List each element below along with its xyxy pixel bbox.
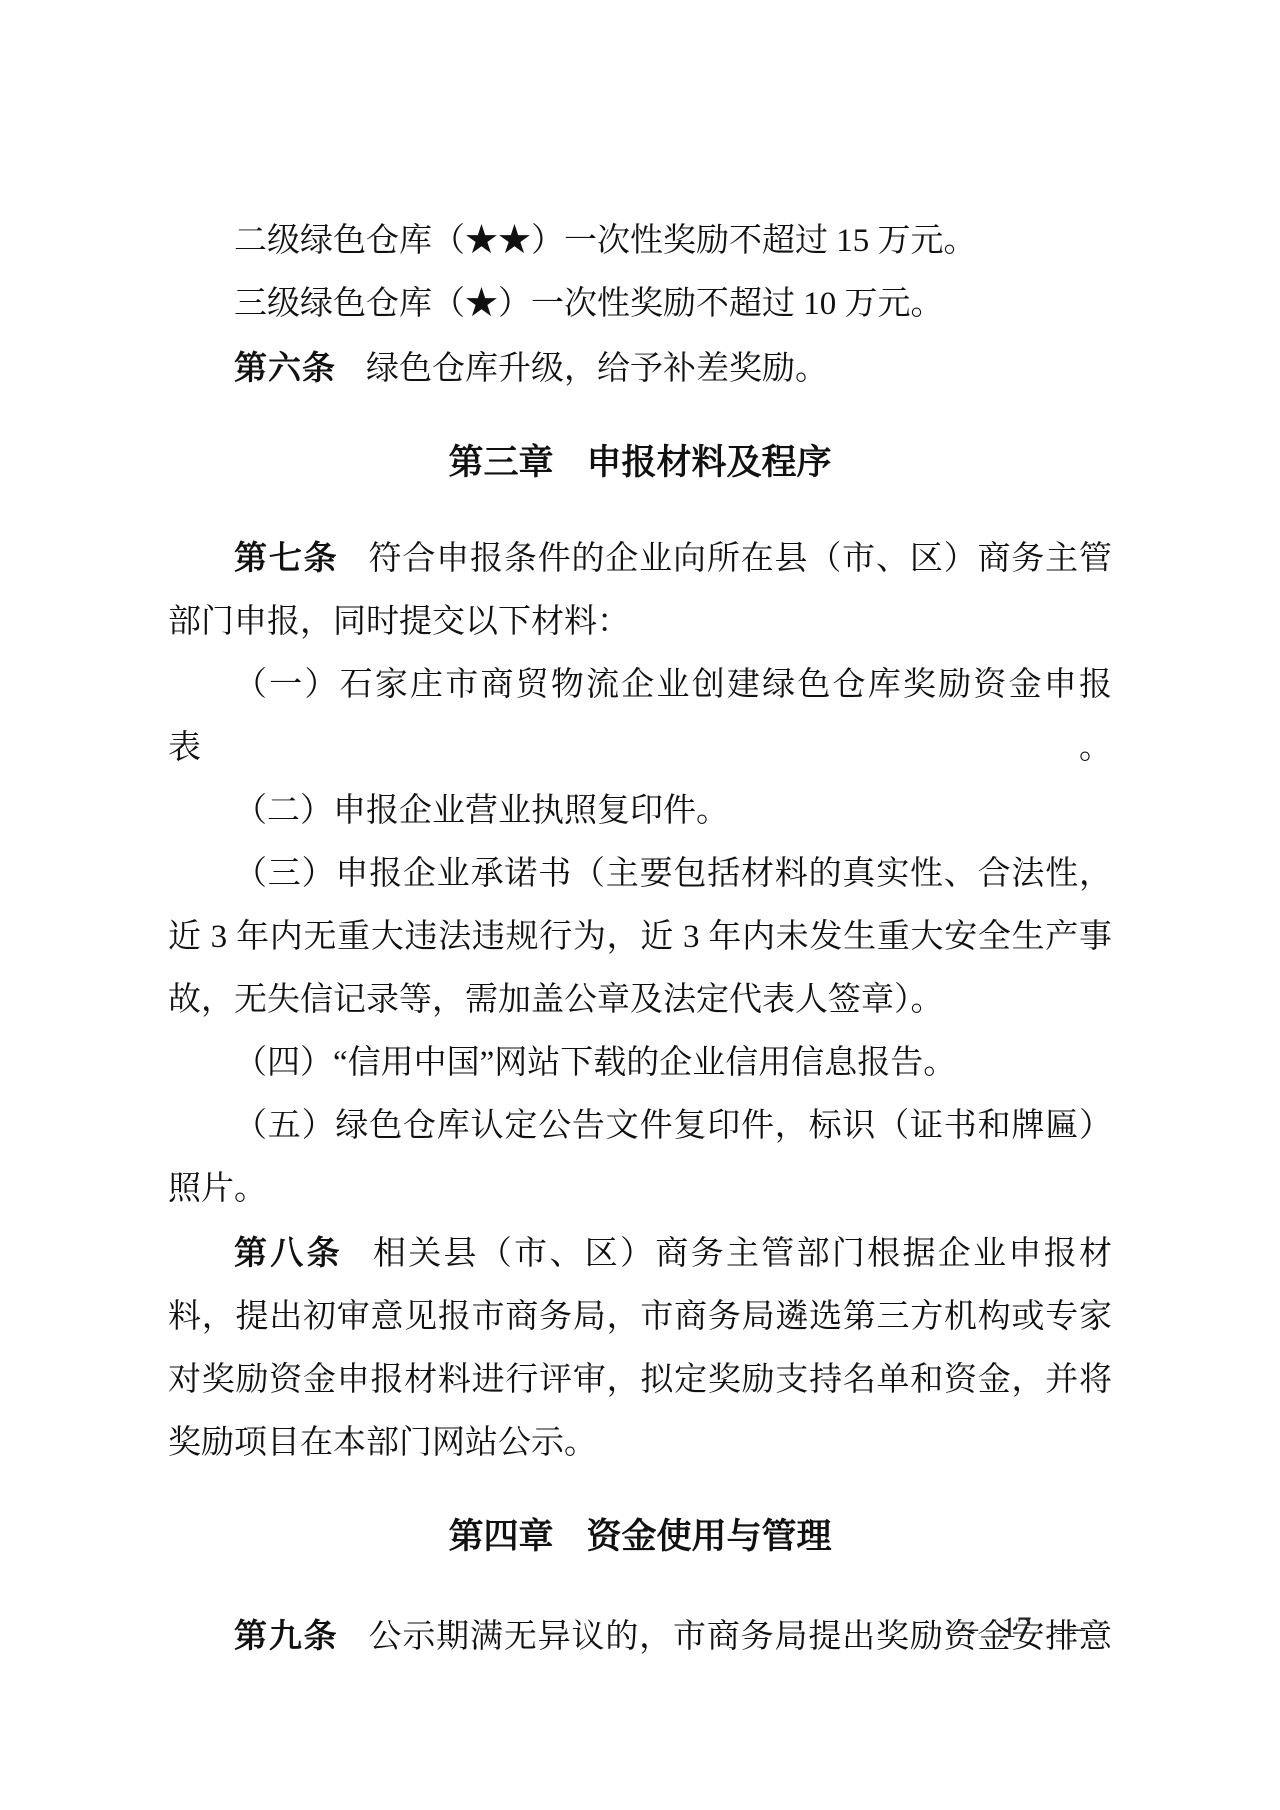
article-9-label: 第九条: [234, 1617, 339, 1654]
list-item-3-cont-1: 近 3 年内无重大违法违规行为，近 3 年内未发生重大安全生产事: [168, 906, 1112, 969]
list-item-5-cont: 照片。: [168, 1158, 1112, 1221]
paragraph-article-8: 第八条相关县（市、区）商务主管部门根据企业申报材: [168, 1221, 1112, 1286]
chapter-4-title: 资金使用与管理: [587, 1517, 832, 1556]
paragraph-text: （三）申报企业承诺书（主要包括材料的真实性、合法性，: [234, 856, 1112, 892]
paragraph-reward-level3: 三级绿色仓库（★）一次性奖励不超过 10 万元。: [168, 273, 1112, 336]
list-item-4: （四）“信用中国”网站下载的企业信用信息报告。: [168, 1032, 1112, 1095]
paragraph-article-8-cont-2: 对奖励资金申报材料进行评审，拟定奖励支持名单和资金，并将: [168, 1349, 1112, 1412]
chapter-4-number: 第四章: [448, 1517, 553, 1556]
paragraph-text: 部门申报，同时提交以下材料：: [168, 604, 630, 640]
paragraph-text: 料，提出初审意见报市商务局，市商务局遴选第三方机构或专家: [168, 1299, 1112, 1335]
article-8-label: 第八条: [234, 1234, 343, 1271]
article-7-label: 第七条: [234, 539, 339, 576]
paragraph-text: 奖励项目在本部门网站公示。: [168, 1425, 597, 1461]
chapter-3-number: 第三章: [448, 443, 553, 482]
list-item-2: （二）申报企业营业执照复印件。: [168, 780, 1112, 843]
list-item-5: （五）绿色仓库认定公告文件复印件，标识（证书和牌匾）: [168, 1095, 1112, 1158]
paragraph-text: （一）石家庄市商贸物流企业创建绿色仓库奖励资金申报表。: [168, 667, 1112, 766]
paragraph-text: 故，无失信记录等，需加盖公章及法定代表人签章）。: [168, 982, 944, 1018]
list-item-1: （一）石家庄市商贸物流企业创建绿色仓库奖励资金申报表。: [168, 654, 1112, 780]
paragraph-article-7: 第七条符合申报条件的企业向所在县（市、区）商务主管: [168, 526, 1112, 591]
paragraph-text: 照片。: [168, 1171, 267, 1207]
paragraph-article-8-cont-3: 奖励项目在本部门网站公示。: [168, 1412, 1112, 1475]
paragraph-text: 二级绿色仓库（★★）一次性奖励不超过 15 万元。: [234, 223, 977, 259]
article-6-label: 第六条: [234, 349, 336, 386]
paragraph-text: （五）绿色仓库认定公告文件复印件，标识（证书和牌匾）: [234, 1108, 1112, 1144]
paragraph-text: 三级绿色仓库（★）一次性奖励不超过 10 万元。: [234, 286, 944, 322]
paragraph-reward-level2: 二级绿色仓库（★★）一次性奖励不超过 15 万元。: [168, 210, 1112, 273]
paragraph-text: 近 3 年内无重大违法违规行为，近 3 年内未发生重大安全生产事: [168, 919, 1112, 955]
chapter-3-title: 申报材料及程序: [587, 443, 832, 482]
paragraph-article-7-cont: 部门申报，同时提交以下材料：: [168, 591, 1112, 654]
paragraph-text: 符合申报条件的企业向所在县（市、区）商务主管: [369, 541, 1113, 577]
paragraph-text: （二）申报企业营业执照复印件。: [234, 793, 729, 829]
list-item-3: （三）申报企业承诺书（主要包括材料的真实性、合法性，: [168, 843, 1112, 906]
document-page: 二级绿色仓库（★★）一次性奖励不超过 15 万元。 三级绿色仓库（★）一次性奖励…: [0, 0, 1280, 1810]
paragraph-article-6: 第六条绿色仓库升级，给予补差奖励。: [168, 336, 1112, 401]
chapter-3-heading: 第三章申报材料及程序: [168, 431, 1112, 494]
chapter-4-heading: 第四章资金使用与管理: [168, 1505, 1112, 1568]
list-item-3-cont-2: 故，无失信记录等，需加盖公章及法定代表人签章）。: [168, 969, 1112, 1032]
paragraph-text: 相关县（市、区）商务主管部门根据企业申报材: [373, 1236, 1112, 1272]
paragraph-text: （四）“信用中国”网站下载的企业信用信息报告。: [234, 1045, 956, 1081]
paragraph-article-8-cont-1: 料，提出初审意见报市商务局，市商务局遴选第三方机构或专家: [168, 1286, 1112, 1349]
document-content: 二级绿色仓库（★★）一次性奖励不超过 15 万元。 三级绿色仓库（★）一次性奖励…: [0, 0, 1280, 1669]
paragraph-text: 对奖励资金申报材料进行评审，拟定奖励支持名单和资金，并将: [168, 1362, 1112, 1398]
page-number: — 17 —: [948, 1608, 1085, 1648]
paragraph-text: 绿色仓库升级，给予补差奖励。: [366, 351, 828, 387]
